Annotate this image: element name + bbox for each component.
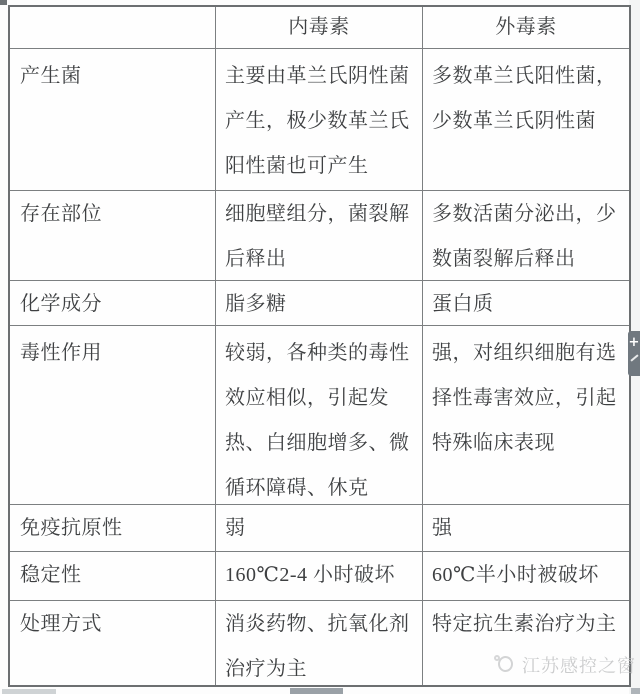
row-label-treatment: 处理方式 — [10, 601, 216, 685]
tab-slash-mark — [630, 354, 638, 361]
cell-exotoxin-chemical-composition: 蛋白质 — [423, 281, 629, 326]
row-label-stability: 稳定性 — [10, 552, 216, 601]
expand-side-tab[interactable]: + — [628, 331, 640, 376]
cell-endotoxin-stability: 160℃2-4 小时破坏 — [216, 552, 423, 601]
row-label-toxicity: 毒性作用 — [10, 326, 216, 505]
page: 内毒素 外毒素 产生菌 主要由革兰氏阴性菌产生，极少数革兰氏阳性菌也可产生 多数… — [0, 0, 640, 694]
header-endotoxin: 内毒素 — [216, 7, 423, 49]
watermark: 江苏感控之窗 — [494, 652, 636, 678]
plus-icon: + — [628, 336, 640, 349]
row-label-location: 存在部位 — [10, 191, 216, 281]
header-corner-cell — [10, 7, 216, 49]
endotoxin-exotoxin-comparison-table: 内毒素 外毒素 产生菌 主要由革兰氏阴性菌产生，极少数革兰氏阳性菌也可产生 多数… — [8, 5, 631, 687]
cell-exotoxin-stability: 60℃半小时被破坏 — [423, 552, 629, 601]
row-label-producing-bacteria: 产生菌 — [10, 49, 216, 191]
header-exotoxin: 外毒素 — [423, 7, 629, 49]
bottom-fragment-right — [631, 688, 640, 694]
watermark-logo-icon — [494, 654, 516, 676]
cell-endotoxin-immunogenicity: 弱 — [216, 505, 423, 552]
cell-endotoxin-location: 细胞壁组分，菌裂解后释出 — [216, 191, 423, 281]
cell-endotoxin-producing-bacteria: 主要由革兰氏阴性菌产生，极少数革兰氏阳性菌也可产生 — [216, 49, 423, 191]
row-label-immunogenicity: 免疫抗原性 — [10, 505, 216, 552]
cell-exotoxin-producing-bacteria: 多数革兰氏阳性菌，少数革兰氏阴性菌 — [423, 49, 629, 191]
corner-artifact — [0, 0, 7, 5]
row-label-chemical-composition: 化学成分 — [10, 281, 216, 326]
watermark-text: 江苏感控之窗 — [522, 652, 636, 678]
cell-exotoxin-immunogenicity: 强 — [423, 505, 629, 552]
cell-endotoxin-treatment: 消炎药物、抗氧化剂治疗为主 — [216, 601, 423, 685]
cell-exotoxin-toxicity: 强，对组织细胞有选择性毒害效应，引起特殊临床表现 — [423, 326, 629, 505]
cell-endotoxin-chemical-composition: 脂多糖 — [216, 281, 423, 326]
bottom-fragment-left — [2, 689, 56, 694]
bottom-fragment-middle — [290, 688, 343, 694]
cell-endotoxin-toxicity: 较弱，各种类的毒性效应相似，引起发热、白细胞增多、微循环障碍、休克 — [216, 326, 423, 505]
cell-exotoxin-location: 多数活菌分泌出，少数菌裂解后释出 — [423, 191, 629, 281]
